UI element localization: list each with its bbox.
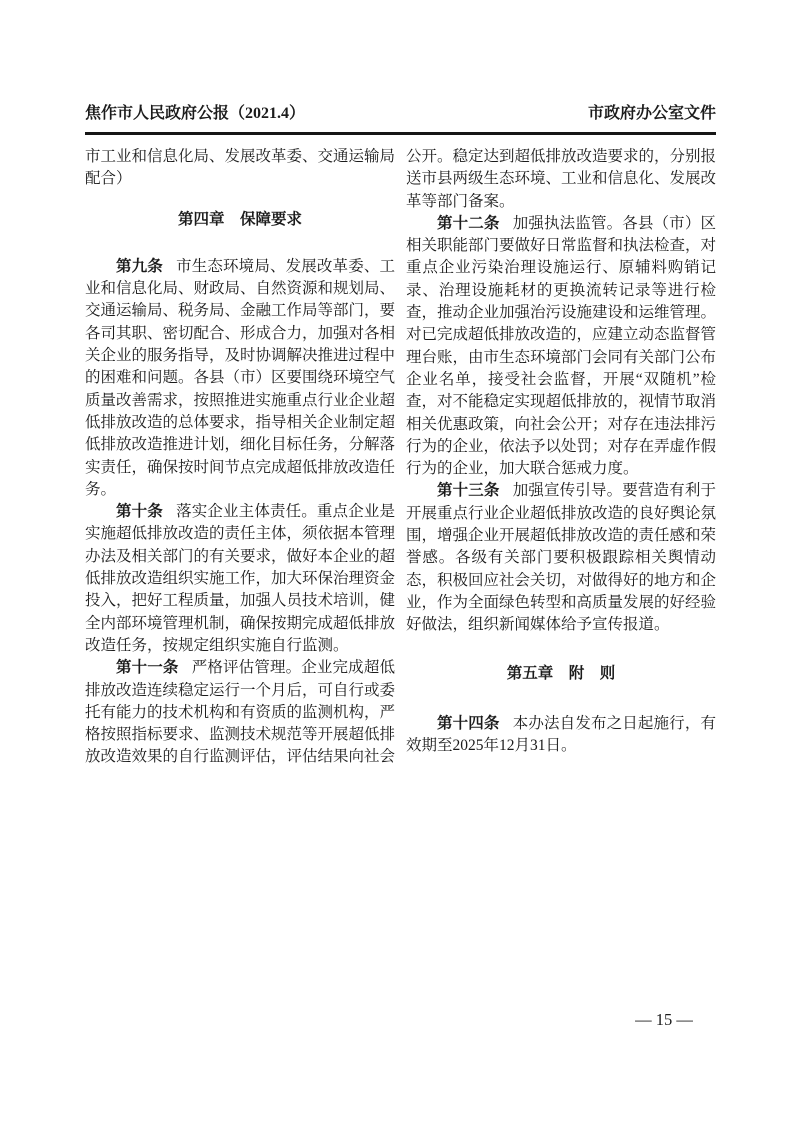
chapter-4-heading: 第四章 保障要求 [85,209,395,231]
article-10: 第十条落实企业主体责任。重点企业是实施超低排放改造的责任主体，须依据本管理办法及… [85,501,395,657]
article-9-text: 市生态环境局、发展改革委、工业和信息化局、财政局、自然资源和规划局、交通运输局、… [85,258,395,498]
article-10-text: 落实企业主体责任。重点企业是实施超低排放改造的责任主体，须依据本管理办法及相关部… [85,503,395,654]
two-column-body: 市工业和信息化局、发展改革委、交通运输局配合） 第四章 保障要求 第九条市生态环… [85,146,716,769]
chapter-5-heading: 第五章 附 则 [406,663,716,685]
article-11-label: 第十一条 [116,659,179,676]
article-14: 第十四条本办法自发布之日起施行，有效期至2025年12月31日。 [406,713,716,758]
article-13-label: 第十三条 [437,482,500,499]
continuation-paragraph: 公开。稳定达到超低排放改造要求的，分别报送市县两级生态环境、工业和信息化、发展改… [406,146,716,213]
gazette-page: 焦作市人民政府公报（2021.4） 市政府办公室文件 市工业和信息化局、发展改革… [0,0,793,1122]
continuation-paragraph: 市工业和信息化局、发展改革委、交通运输局配合） [85,146,395,191]
article-12-label: 第十二条 [437,215,500,232]
page-number: — 15 — [598,1009,730,1031]
article-13: 第十三条加强宣传引导。要营造有利于开展重点行业企业超低排放改造的良好舆论氛围，增… [406,480,716,636]
article-9-label: 第九条 [116,258,163,275]
article-13-text: 加强宣传引导。要营造有利于开展重点行业企业超低排放改造的良好舆论氛围，增强企业开… [406,482,716,633]
header-left-title: 焦作市人民政府公报（2021.4） [85,103,305,124]
article-9: 第九条市生态环境局、发展改革委、工业和信息化局、财政局、自然资源和规划局、交通运… [85,256,395,501]
article-12: 第十二条加强执法监管。各县（市）区相关职能部门要做好日常监督和执法检查，对重点企… [406,213,716,481]
page-header: 焦作市人民政府公报（2021.4） 市政府办公室文件 [85,103,716,135]
right-column: 公开。稳定达到超低排放改造要求的，分别报送市县两级生态环境、工业和信息化、发展改… [406,146,716,769]
article-11: 第十一条严格评估管理。企业完成超低排放改造连续稳定运行一个月后，可自行或委托有能… [85,657,395,768]
left-column: 市工业和信息化局、发展改革委、交通运输局配合） 第四章 保障要求 第九条市生态环… [85,146,395,769]
header-right-title: 市政府办公室文件 [588,103,716,124]
article-10-label: 第十条 [116,503,163,520]
article-14-label: 第十四条 [437,715,500,732]
page-content: 焦作市人民政府公报（2021.4） 市政府办公室文件 市工业和信息化局、发展改革… [85,103,716,769]
article-12-text: 加强执法监管。各县（市）区相关职能部门要做好日常监督和执法检查，对重点企业污染治… [406,215,716,477]
